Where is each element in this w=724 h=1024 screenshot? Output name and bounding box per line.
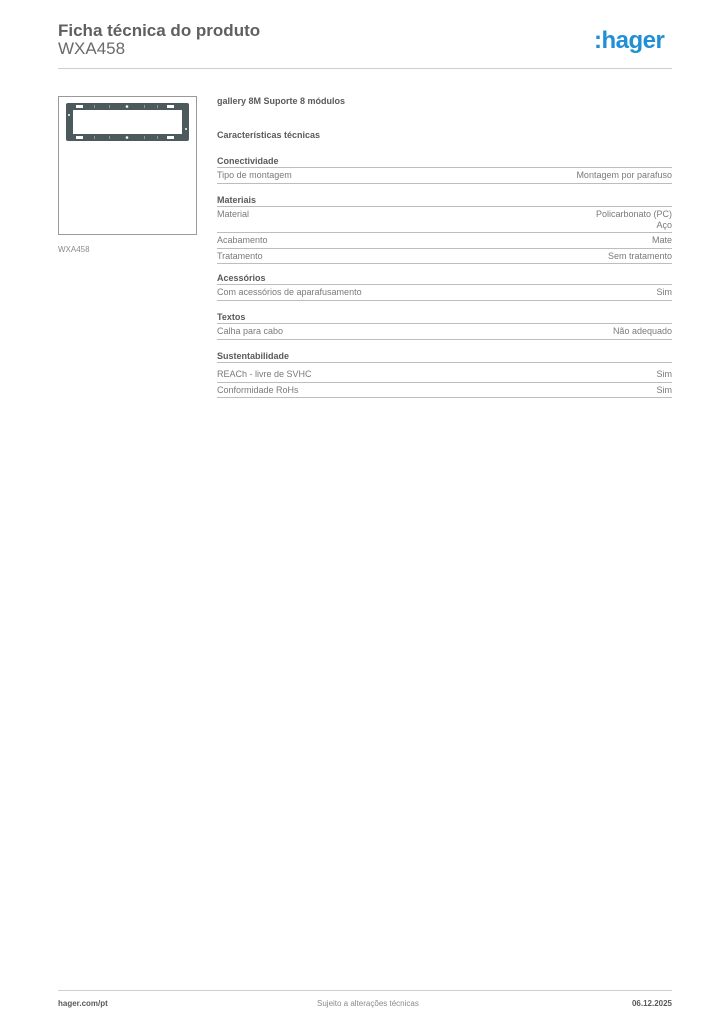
spec-value: Sim [657,287,673,298]
spec-label: Tratamento [217,251,263,262]
spec-value-line: Aço [656,220,672,230]
spec-row: Tratamento Sem tratamento [217,249,672,265]
document-title: Ficha técnica do produto [58,21,260,41]
section-textos: Textos Calha para cabo Não adequado [217,311,672,340]
spec-value: Mate [652,235,672,246]
spec-value: Não adequado [613,326,672,337]
section-title: Sustentabilidade [217,350,672,363]
section-materiais: Materiais Material Policarbonato (PC) Aç… [217,194,672,264]
spec-label: Tipo de montagem [217,170,292,181]
section-sustentabilidade: Sustentabilidade REACh - livre de SVHC S… [217,350,672,398]
hager-logo: :hager [594,27,664,55]
spec-value-line: Policarbonato (PC) [596,209,672,219]
product-image-frame [58,96,197,235]
characteristics-heading: Características técnicas [217,130,320,140]
spec-label: Conformidade RoHs [217,385,299,396]
spec-label: Material [217,209,249,230]
footer-date: 06.12.2025 [632,999,672,1008]
section-title: Acessórios [217,272,672,285]
product-name: gallery 8M Suporte 8 módulos [217,96,345,106]
footer-website-link[interactable]: hager.com/pt [58,999,108,1008]
section-acessorios: Acessórios Com acessórios de aparafusame… [217,272,672,301]
section-title: Textos [217,311,672,324]
spec-row: Conformidade RoHs Sim [217,383,672,399]
spec-value: Policarbonato (PC) Aço [596,209,672,230]
mounting-frame-image [59,97,196,234]
section-title: Conectividade [217,155,672,168]
spec-row: Com acessórios de aparafusamento Sim [217,285,672,301]
header-divider [58,68,672,69]
section-conectividade: Conectividade Tipo de montagem Montagem … [217,155,672,184]
spec-row: Tipo de montagem Montagem por parafuso [217,168,672,184]
spec-row: Acabamento Mate [217,233,672,249]
spec-row: Calha para cabo Não adequado [217,324,672,340]
spec-value: Sim [657,369,673,380]
spec-label: Calha para cabo [217,326,283,337]
spec-row: Material Policarbonato (PC) Aço [217,207,672,233]
spec-label: Com acessórios de aparafusamento [217,287,362,298]
spec-value: Montagem por parafuso [576,170,672,181]
spec-label: Acabamento [217,235,268,246]
product-code: WXA458 [58,39,125,59]
spec-value: Sim [657,385,673,396]
footer-divider [58,990,672,991]
spec-label: REACh - livre de SVHC [217,369,312,380]
spec-value: Sem tratamento [608,251,672,262]
spec-row: REACh - livre de SVHC Sim [217,367,672,383]
footer-notice: Sujeito a alterações técnicas [317,999,419,1008]
image-caption: WXA458 [58,245,90,254]
section-title: Materiais [217,194,672,207]
